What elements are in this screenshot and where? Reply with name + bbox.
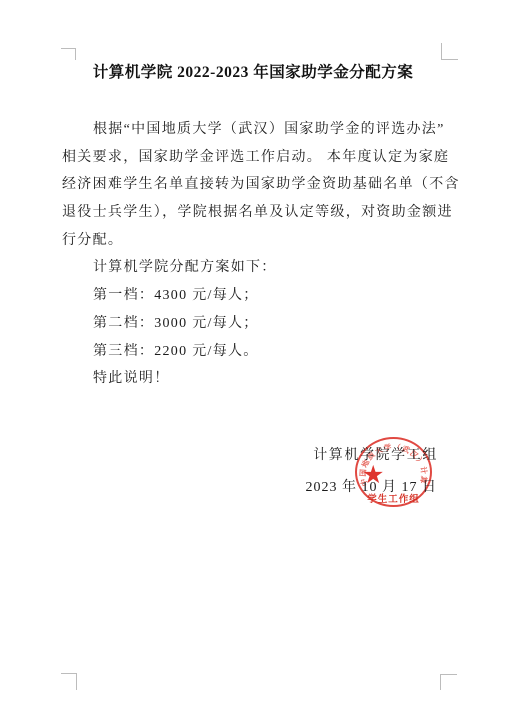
document-body: 根据“中国地质大学（武汉）国家助学金的评选办法” 相关要求，国家助学金评选工作启… <box>62 116 443 393</box>
body-line-tier-3: 第三档：2200 元/每人。 <box>62 338 443 366</box>
margin-mark-bottom-left <box>61 673 77 690</box>
margin-mark-bottom-right <box>440 674 457 690</box>
signature-name: 计算机学院学工组 <box>313 444 438 464</box>
body-line: 计算机学院分配方案如下： <box>62 254 443 282</box>
body-line-tier-1: 第一档：4300 元/每人； <box>62 282 443 310</box>
signature-date: 2023 年 10 月 17 日 <box>306 476 438 496</box>
margin-mark-top-right <box>441 43 458 60</box>
body-line: 相关要求，国家助学金评选工作启动。 本年度认定为家庭 <box>62 144 443 172</box>
body-line: 经济困难学生名单直接转为国家助学金资助基础名单（不含 <box>62 171 443 199</box>
margin-mark-top-left <box>61 48 76 60</box>
body-line: 退役士兵学生），学院根据名单及认定等级，对资助金额进 <box>62 199 443 227</box>
body-line-tier-2: 第二档：3000 元/每人； <box>62 310 443 338</box>
body-line: 行分配。 <box>62 227 443 255</box>
document-title: 计算机学院 2022-2023 年国家助学金分配方案 <box>0 60 506 82</box>
body-line-closing: 特此说明！ <box>62 365 443 393</box>
body-line: 根据“中国地质大学（武汉）国家助学金的评选办法” <box>62 116 443 144</box>
document-page: 计算机学院 2022-2023 年国家助学金分配方案 根据“中国地质大学（武汉）… <box>0 0 506 701</box>
